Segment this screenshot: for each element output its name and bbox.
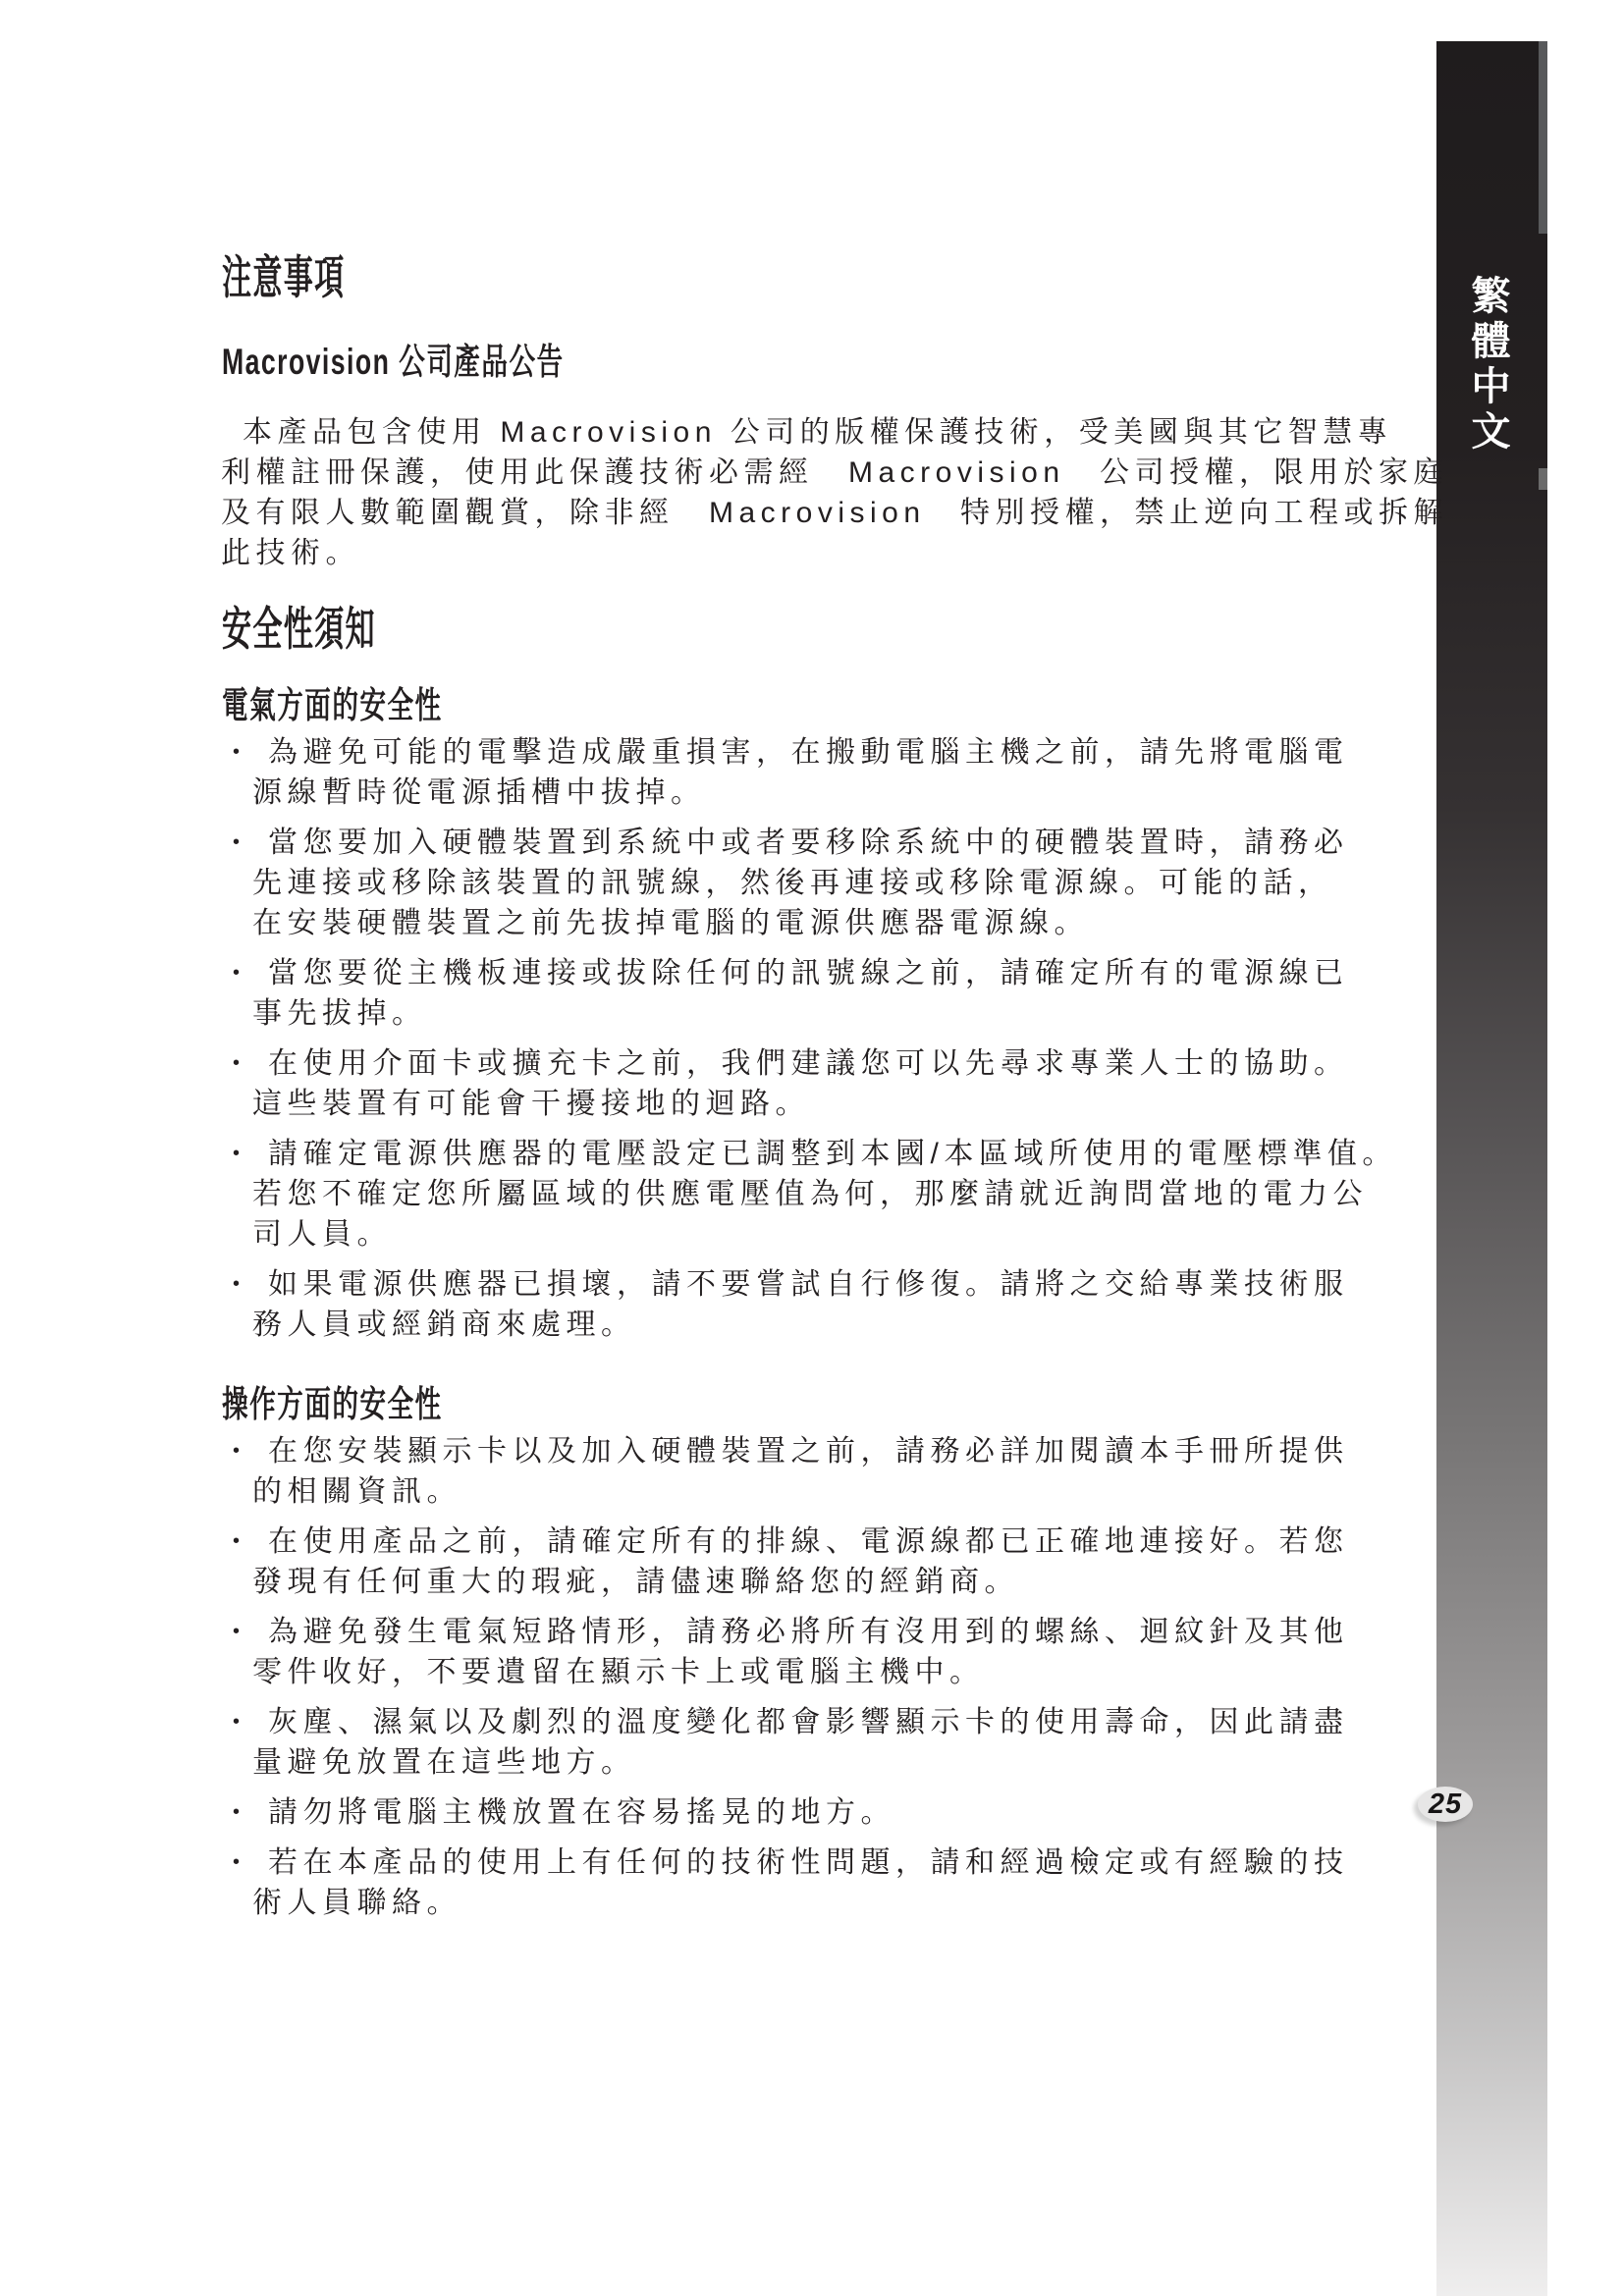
language-tab-label: 繁體中文 (1436, 238, 1540, 493)
electrical-safety-list: • 為避免可能的電擊造成嚴重損害，在搬動電腦主機之前，請先將電腦電 源線暫時從電… (233, 732, 1489, 1355)
list-item-text: 當您要加入硬體裝置到系統中或者要移除系統中的硬體裝置時，請務必 先連接或移除該裝… (252, 823, 1349, 943)
list-item-text: 灰塵、濕氣以及劇烈的溫度變化都會影響顯示卡的使用壽命，因此請盡 量避免放置在這些… (252, 1702, 1349, 1783)
bullet-icon: • (233, 1043, 252, 1124)
list-item-text: 當您要從主機板連接或拔除任何的訊號線之前，請確定所有的電源線已 事先拔掉。 (252, 953, 1349, 1034)
operational-safety-list: • 在您安裝顯示卡以及加入硬體裝置之前，請務必詳加閱讀本手冊所提供 的相關資訊。… (233, 1431, 1489, 1933)
operational-safety-heading: 操作方面的安全性 (222, 1385, 443, 1425)
bullet-icon: • (233, 1522, 252, 1602)
list-item-text: 為避免發生電氣短路情形，請務必將所有沒用到的螺絲、迴紋針及其他 零件收好，不要遺… (252, 1612, 1349, 1692)
manual-page: 繁體中文 注意事項 Macrovision 公司產品公告 本產品包含使用 Mac… (0, 0, 1624, 2296)
list-item-text: 請勿將電腦主機放置在容易搖晃的地方。 (252, 1792, 895, 1833)
list-item: • 當您要加入硬體裝置到系統中或者要移除系統中的硬體裝置時，請務必 先連接或移除… (233, 823, 1489, 943)
list-item-text: 請確定電源供應器的電壓設定已調整到本國/本區域所使用的電壓標準值。 若您不確定您… (252, 1134, 1397, 1255)
list-item: • 灰塵、濕氣以及劇烈的溫度變化都會影響顯示卡的使用壽命，因此請盡 量避免放置在… (233, 1702, 1489, 1783)
bullet-icon: • (233, 823, 252, 943)
macrovision-paragraph: 本產品包含使用 Macrovision 公司的版權保護技術，受美國與其它智慧專 … (221, 412, 1448, 573)
list-item: • 當您要從主機板連接或拔除任何的訊號線之前，請確定所有的電源線已 事先拔掉。 (233, 953, 1489, 1034)
bullet-icon: • (233, 1842, 252, 1923)
list-item: • 如果電源供應器已損壞，請不要嘗試自行修復。請將之交給專業技術服 務人員或經銷… (233, 1264, 1489, 1345)
list-item: • 請勿將電腦主機放置在容易搖晃的地方。 (233, 1792, 1489, 1833)
bullet-icon: • (233, 1702, 252, 1783)
list-item: • 為避免發生電氣短路情形，請務必將所有沒用到的螺絲、迴紋針及其他 零件收好，不… (233, 1612, 1489, 1692)
list-item: • 在您安裝顯示卡以及加入硬體裝置之前，請務必詳加閱讀本手冊所提供 的相關資訊。 (233, 1431, 1489, 1512)
page-number-badge: 25 (1418, 1787, 1473, 1822)
list-item: • 在使用介面卡或擴充卡之前，我們建議您可以先尋求專業人士的協助。 這些裝置有可… (233, 1043, 1489, 1124)
bullet-icon: • (233, 732, 252, 813)
list-item-text: 在使用介面卡或擴充卡之前，我們建議您可以先尋求專業人士的協助。 這些裝置有可能會… (252, 1043, 1349, 1124)
notices-title: 注意事項 (222, 252, 345, 303)
list-item-text: 若在本產品的使用上有任何的技術性問題，請和經過檢定或有經驗的技 術人員聯絡。 (252, 1842, 1349, 1923)
list-item-text: 如果電源供應器已損壞，請不要嘗試自行修復。請將之交給專業技術服 務人員或經銷商來… (252, 1264, 1349, 1345)
macrovision-heading: Macrovision 公司產品公告 (222, 343, 565, 383)
list-item-text: 為避免可能的電擊造成嚴重損害，在搬動電腦主機之前，請先將電腦電 源線暫時從電源插… (252, 732, 1349, 813)
list-item: • 請確定電源供應器的電壓設定已調整到本國/本區域所使用的電壓標準值。 若您不確… (233, 1134, 1489, 1255)
list-item: • 在使用產品之前，請確定所有的排線、電源線都已正確地連接好。若您 發現有任何重… (233, 1522, 1489, 1602)
list-item-text: 在您安裝顯示卡以及加入硬體裝置之前，請務必詳加閱讀本手冊所提供 的相關資訊。 (252, 1431, 1349, 1512)
list-item: • 若在本產品的使用上有任何的技術性問題，請和經過檢定或有經驗的技 術人員聯絡。 (233, 1842, 1489, 1923)
sidebar-accent-strip-top (1539, 41, 1547, 234)
page-number: 25 (1429, 1789, 1462, 1821)
electrical-safety-heading: 電氣方面的安全性 (222, 686, 443, 726)
bullet-icon: • (233, 1264, 252, 1345)
list-item-text: 在使用產品之前，請確定所有的排線、電源線都已正確地連接好。若您 發現有任何重大的… (252, 1522, 1349, 1602)
bullet-icon: • (233, 1134, 252, 1255)
list-item: • 為避免可能的電擊造成嚴重損害，在搬動電腦主機之前，請先將電腦電 源線暫時從電… (233, 732, 1489, 813)
bullet-icon: • (233, 953, 252, 1034)
bullet-icon: • (233, 1792, 252, 1833)
bullet-icon: • (233, 1431, 252, 1512)
safety-title: 安全性須知 (222, 604, 376, 655)
sidebar-accent-strip-mid (1539, 468, 1547, 490)
bullet-icon: • (233, 1612, 252, 1692)
